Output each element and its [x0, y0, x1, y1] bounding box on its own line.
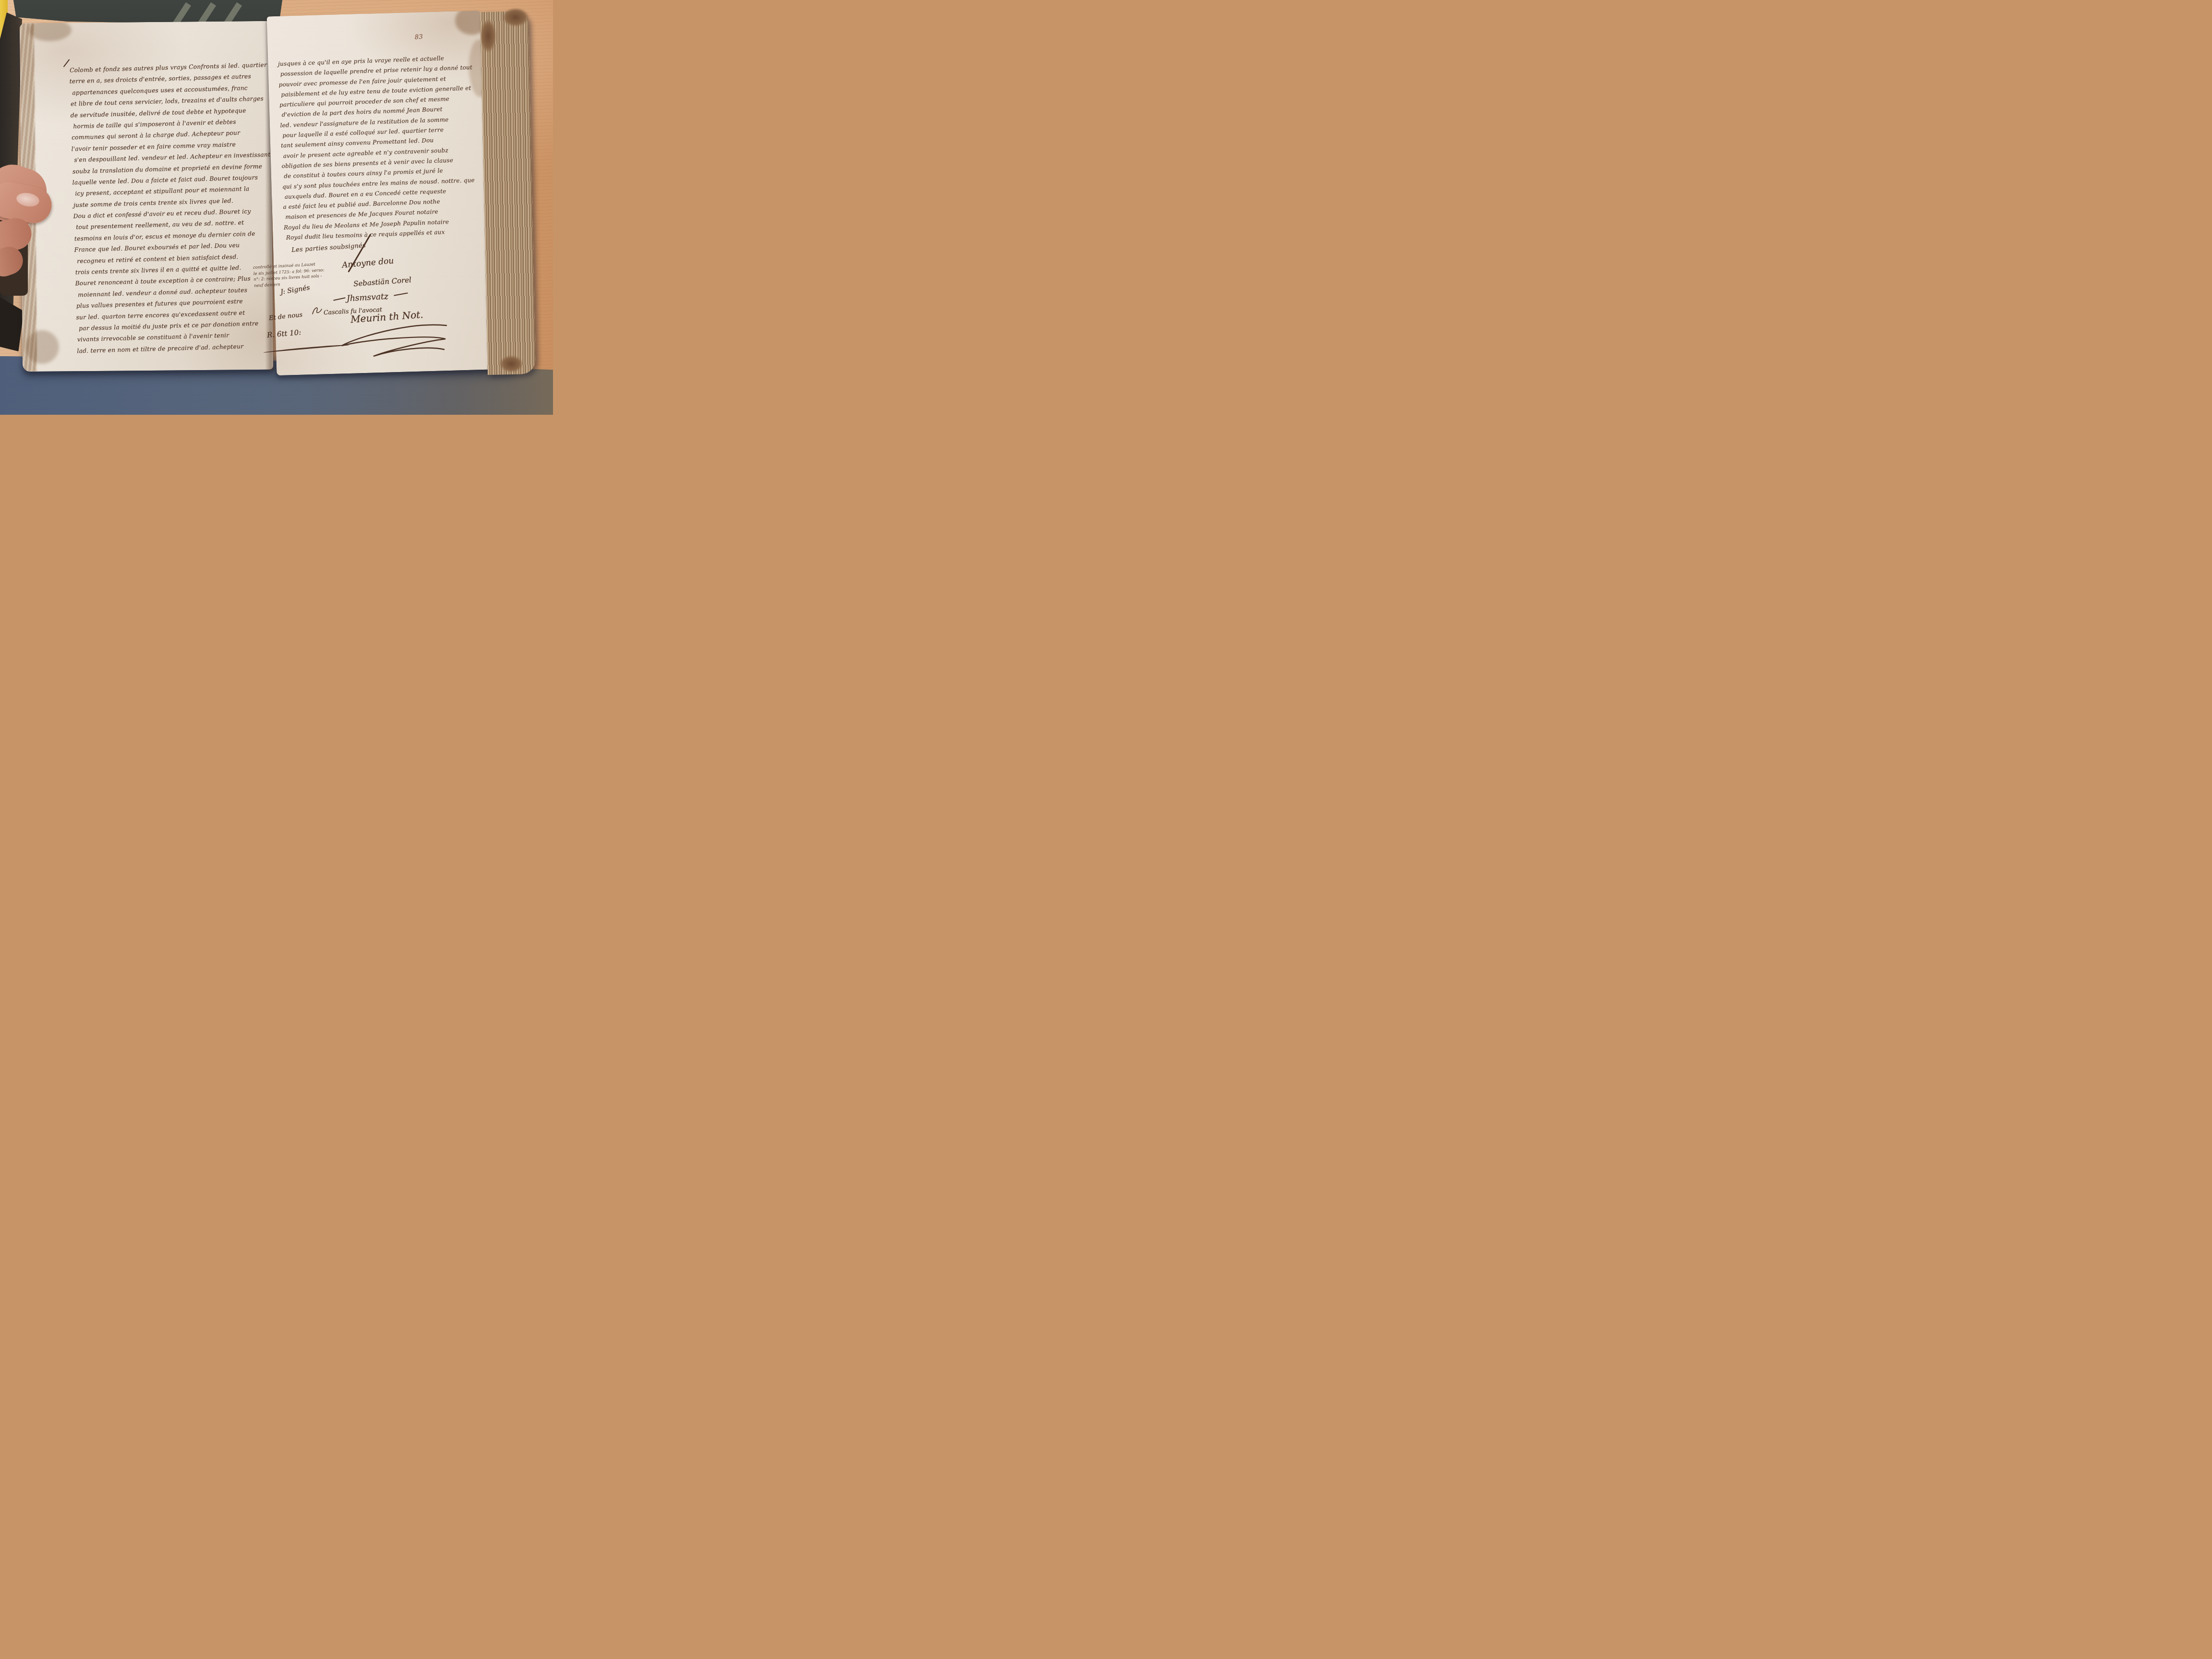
paraph-squiggle [311, 305, 324, 316]
left-page-text-block: Colomb et fondz ses autres plus vrays Co… [69, 60, 273, 357]
torn-corner [480, 19, 496, 53]
right-page-text-block: jusques à ce qu'il en aye pris la vraye … [278, 52, 481, 243]
hand-holding-page [0, 163, 62, 307]
paper-stain [25, 330, 59, 364]
page-stack-fore-edge [480, 11, 536, 375]
page-number: 83 [414, 33, 423, 41]
paper-stain [28, 21, 72, 41]
photo-open-manuscript-book: Colomb et fondz ses autres plus vrays Co… [0, 0, 553, 415]
worn-edge [499, 355, 523, 373]
closing-line: Les parties soubsignés [291, 242, 366, 254]
notary-paraph-flourish [336, 321, 451, 362]
torn-corner [502, 8, 529, 27]
margin-control-note: controllé et insinué au Lauzet le six ju… [253, 261, 325, 289]
